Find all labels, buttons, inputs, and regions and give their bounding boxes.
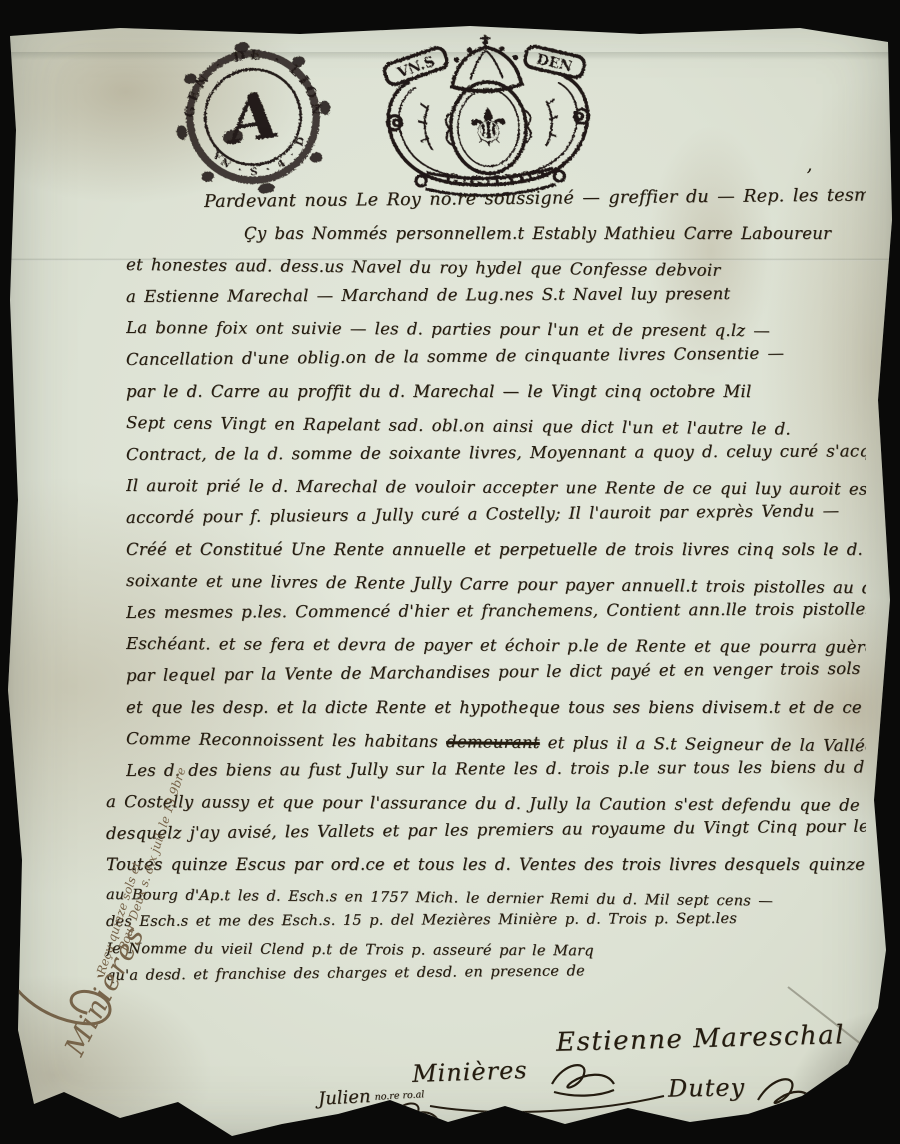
manuscript-line: et que les desp. et la dicte Rente et hy…: [126, 698, 866, 730]
manuscript-line: Cancellation d'une oblig.on de la somme …: [126, 343, 866, 382]
manuscript-line: accordé pour f. plusieurs a Jully curé a…: [126, 501, 866, 540]
fleur-de-lis-icon: ⚜: [464, 97, 514, 160]
manuscript-line: Pardevant nous Le Roy no.re soussigné — …: [204, 186, 866, 224]
manuscript-line: Contract, de la d. somme de soixante liv…: [126, 441, 866, 476]
signature-notary: Minières: [412, 1056, 528, 1088]
manuscript-line: Créé et Constitué Une Rente annuelle et …: [126, 540, 866, 572]
manuscript-line: Çy bas Nommés personnellem.t Estably Mat…: [244, 224, 866, 256]
manuscript-line: Toutes quinze Escus par ord.ce et tous l…: [106, 855, 866, 887]
crown-tax-stamp-icon: VN.S DEN ⚜: [361, 22, 615, 209]
manuscript-line: des Esch.s et me des Esch.s. 15 p. del M…: [106, 910, 866, 941]
signature-second: Dutey: [668, 1073, 746, 1102]
signature-swash-icon: [428, 1092, 668, 1114]
manuscript-line: a Estienne Marechal — Marchand de Lug.ne…: [126, 283, 866, 318]
struck-word: demeurant: [446, 732, 540, 752]
manuscript-line: Les mesmes p.les. Commencé d'hier et fra…: [126, 599, 866, 634]
paraph-icon: [752, 1072, 816, 1120]
signature-witness-name: Julien: [318, 1086, 372, 1110]
manuscript-line: par le d. Carre au proffit du d. Marecha…: [126, 382, 866, 414]
manuscript-line: desquelz j'ay avisé, les Vallets et par …: [106, 816, 866, 855]
signature-principal: Estienne Mareschal: [556, 1020, 846, 1058]
paraph-icon: [388, 1096, 442, 1140]
round-stamp-letter: A: [217, 77, 284, 160]
photograph-background: GEN · DE · LION VN · S · 4 · DEN A: [0, 0, 900, 1144]
manuscript-paper: GEN · DE · LION VN · S · 4 · DEN A: [0, 0, 900, 1144]
manuscript-line: par lequel par la Vente de Marchandises …: [126, 659, 866, 698]
manuscript-line: Les d. des biens au fust Jully sur la Re…: [126, 757, 866, 792]
round-tax-stamp-icon: GEN · DE · LION VN · S · 4 · DEN A: [156, 22, 350, 213]
manuscript-text: Pardevant nous Le Roy no.re soussigné — …: [126, 192, 866, 995]
stray-ink-mark: ’: [806, 164, 812, 188]
manuscript-line: qu'a desd. et franchise des charges et d…: [106, 963, 595, 995]
